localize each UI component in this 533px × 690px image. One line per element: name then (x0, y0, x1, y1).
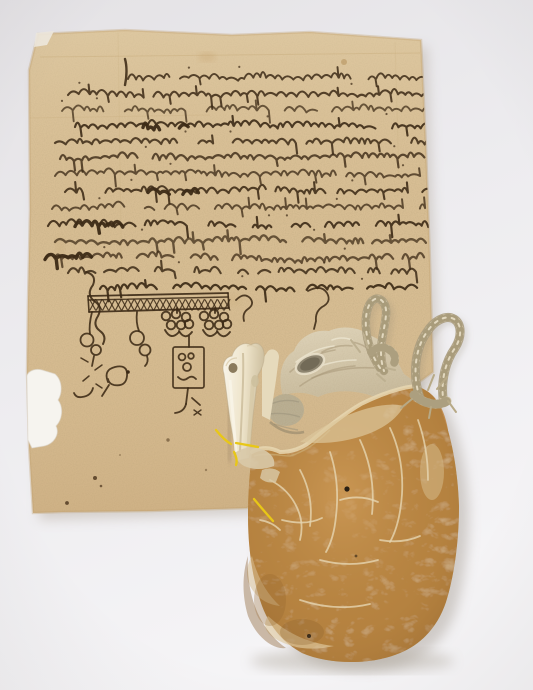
amulet-photograph (0, 0, 533, 690)
photo-vignette (0, 0, 533, 690)
scene-canvas (0, 0, 533, 690)
